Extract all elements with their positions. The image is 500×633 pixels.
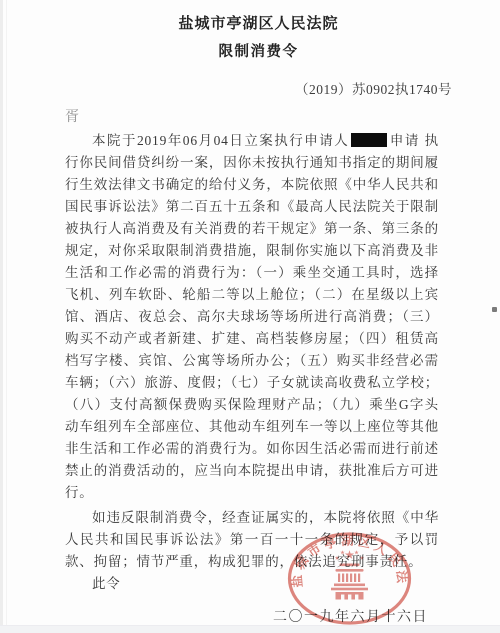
paragraph-main: 本院于2019年06月04日立案执行申请人申请 执行你民间借贷纠纷一案，因你未按… <box>65 130 439 504</box>
paragraph-penalty: 如违反限制消费令，经查证属实的，本院将依照《中华人民共和国民事诉讼法》第一百一十… <box>65 507 439 573</box>
addressee-surname: 胥 <box>65 108 452 127</box>
closing-word: 此令 <box>65 573 439 595</box>
date-line: 二〇一九年六月十六日 <box>65 608 428 628</box>
paragraph-main-after-redaction: 申请 执行你民间借贷纠纷一案，因你未按执行通知书指定的期间履行生效法律文书确定的… <box>65 133 439 500</box>
court-name: 盐城市亭湖区人民法院 <box>65 14 452 34</box>
redaction-box <box>351 133 387 147</box>
document-title: 限制消费令 <box>65 42 452 62</box>
legal-document: 盐城市亭湖区人民法院 限制消费令 （2019）苏0902执1740号 胥 本院于… <box>0 0 500 633</box>
paragraph-main-before-redaction: 本院于2019年06月04日立案执行申请人 <box>92 133 349 148</box>
case-number: （2019）苏0902执1740号 <box>65 80 452 99</box>
